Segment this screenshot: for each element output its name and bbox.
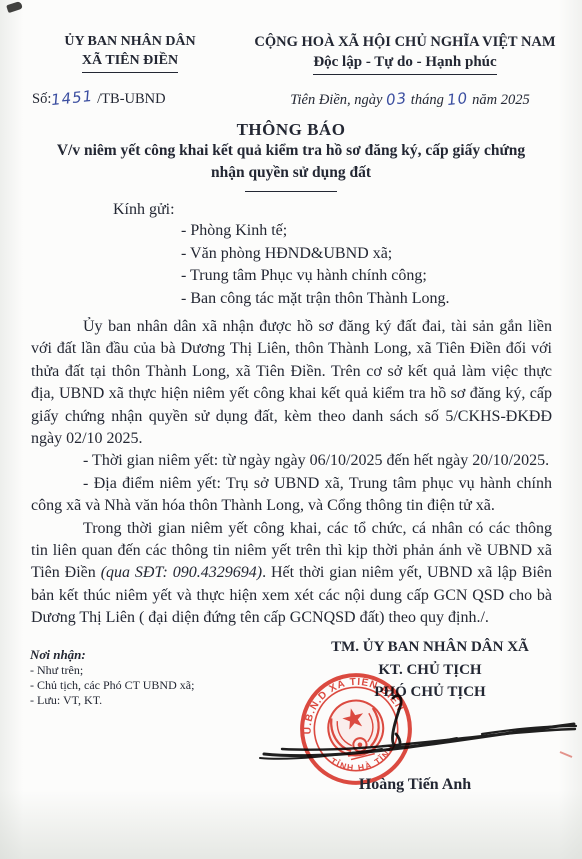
place-date-line: Tiên Điền, ngày 03 tháng 10 năm 2025 [255,90,565,109]
national-header-line2: Độc lập - Tự do - Hạnh phúc [313,52,496,75]
dateline-place: Tiên Điền, ngày [290,92,386,108]
document-subtitle-line2: nhận quyền sử dụng đất [20,164,562,182]
signature-icon [252,688,582,773]
issuing-authority-line1: ỦY BAN NHÂN DÂN [26,32,234,51]
distribution-label: Nơi nhận: [30,648,194,661]
national-header-line1: CỘNG HOÀ XÃ HỘI CHỦ NGHĨA VIỆT NAM [240,32,570,52]
signer-name: Hoàng Tiến Anh [290,776,540,794]
issuing-authority-block: ỦY BAN NHÂN DÂN XÃ TIÊN ĐIỀN [26,32,234,73]
document-subtitle-line1: V/v niêm yết công khai kết quả kiểm tra … [20,142,562,160]
scanned-document-page: ỦY BAN NHÂN DÂN XÃ TIÊN ĐIỀN CỘNG HOÀ XÃ… [0,0,582,859]
doc-number-suffix: /TB-UBND [94,91,166,107]
distribution-item: - Như trên; [30,664,194,677]
recipient-item: - Phòng Kinh tế; [181,220,450,243]
document-number: Số:1451 /TB-UBND [32,89,166,108]
title-divider [245,191,337,192]
salutation: Kính gửi: [113,201,175,219]
body-paragraph-2: - Thời gian niêm yết: từ ngày ngày 06/10… [31,450,552,472]
recipient-list: - Phòng Kinh tế; - Văn phòng HĐND&UBND x… [181,220,450,310]
body-paragraph-4: Trong thời gian niêm yết công khai, các … [31,518,552,630]
signature [252,688,582,773]
recipient-item: - Ban công tác mặt trận thôn Thành Long. [181,288,450,311]
para4-phone-italic: (qua SĐT: 090.4329694) [101,564,262,581]
document-body: Ủy ban nhân dân xã nhận được hồ sơ đăng … [31,316,552,630]
body-paragraph-3: - Địa điểm niêm yết: Trụ sở UBND xã, Tru… [31,473,552,518]
recipient-item: - Văn phòng HĐND&UBND xã; [181,243,450,266]
signoff-authority: TM. ỦY BAN NHÂN DÂN XÃ [275,636,582,659]
dateline-month-label: tháng [407,92,447,108]
doc-number-handwritten: 1451 [51,87,95,109]
body-paragraph-1: Ủy ban nhân dân xã nhận được hồ sơ đăng … [31,316,552,450]
recipient-item: - Trung tâm Phục vụ hành chính công; [181,265,450,288]
scan-artifact-corner [6,1,23,13]
distribution-item: - Chủ tịch, các Phó CT UBND xã; [30,679,194,692]
dateline-month-handwritten: 10 [447,89,470,109]
distribution-item: - Lưu: VT, KT. [30,694,194,707]
document-title: THÔNG BÁO [0,120,582,140]
dateline-day-handwritten: 03 [385,89,408,109]
dateline-year: năm 2025 [469,92,530,108]
issuing-authority-line2: XÃ TIÊN ĐIỀN [82,51,178,73]
national-motto-block: CỘNG HOÀ XÃ HỘI CHỦ NGHĨA VIỆT NAM Độc l… [240,32,570,75]
doc-number-prefix: Số: [32,91,51,107]
distribution-list: Nơi nhận: - Như trên; - Chủ tịch, các Ph… [30,648,194,707]
